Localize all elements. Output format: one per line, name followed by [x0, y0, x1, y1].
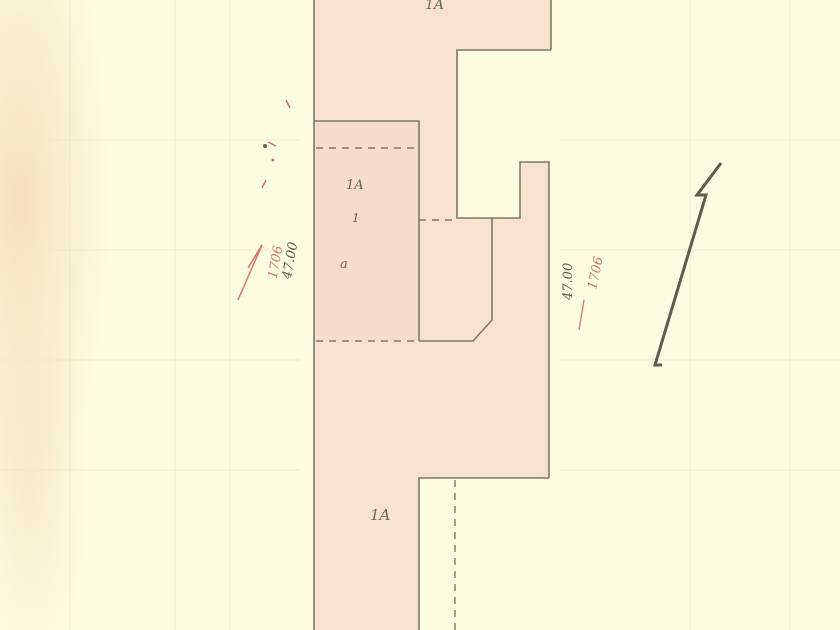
right-dimension-dark: 47.00: [561, 263, 576, 301]
north-arrow-icon: [655, 163, 721, 365]
room-1a-middle: [314, 121, 419, 341]
drawing-sheet: 1A 1A 1 a 1A 47.00 1706 47.00 1706: [0, 0, 840, 630]
right-dimension: 47.00: [561, 263, 576, 301]
parcel-label-bottom: 1A: [370, 506, 391, 524]
svg-text:1706: 1706: [585, 255, 607, 290]
left-dot: [263, 144, 267, 148]
parcel-label-middle-sub: 1: [352, 211, 360, 225]
parcel-label-middle: 1A: [346, 178, 364, 193]
right-dimension-red: 1706: [585, 255, 607, 290]
parcel-label-top: 1A: [425, 0, 444, 13]
parcel-label-middle-sub2: a: [340, 257, 348, 272]
left-dot: [272, 159, 275, 162]
left-dimension: 47.00 1706: [266, 239, 301, 283]
right-dimension-tick: [579, 300, 584, 330]
site-plan-drawing: 1A 1A 1 a 1A 47.00 1706 47.00 1706: [0, 0, 840, 630]
